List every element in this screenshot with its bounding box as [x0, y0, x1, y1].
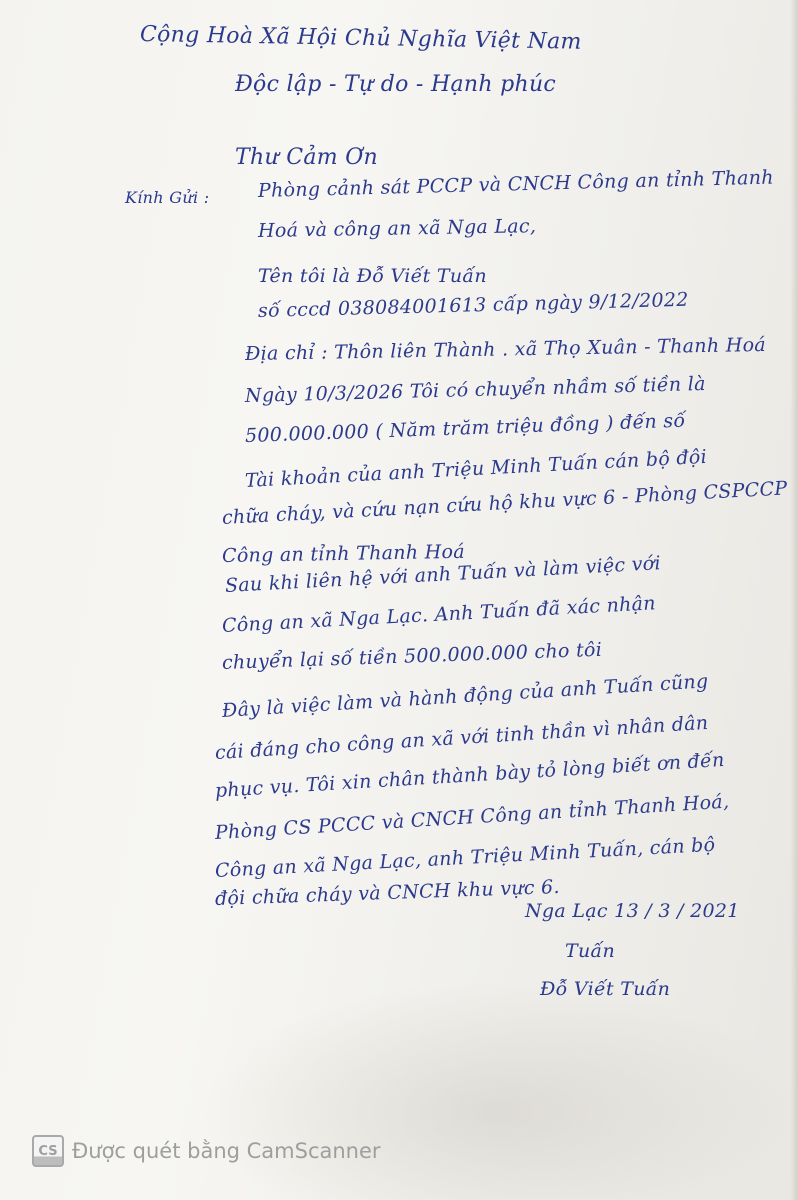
letter-line: Hoá và công an xã Nga Lạc, [258, 215, 537, 242]
signature: Tuấn [565, 940, 615, 962]
letter-line: chuyển lại số tiền 500.000.000 cho tôi [222, 639, 603, 674]
letter-title: Thư Cảm Ơn [235, 145, 378, 170]
paper-edge [790, 0, 798, 1200]
letter-line: Công an tỉnh Thanh Hoá [222, 541, 465, 567]
signer-name: Đỗ Viết Tuấn [540, 978, 670, 1000]
header-line-1: Cộng Hoà Xã Hội Chủ Nghĩa Việt Nam [140, 22, 582, 55]
paper-shadow [200, 980, 798, 1200]
place-date: Nga Lạc 13 / 3 / 2021 [525, 900, 740, 922]
letter-line: Công an xã Nga Lạc, anh Triệu Minh Tuấn,… [214, 834, 715, 882]
letter-line: Tên tôi là Đỗ Viết Tuấn [258, 265, 487, 287]
letter-line: số cccd 038084001613 cấp ngày 9/12/2022 [258, 289, 689, 322]
letter-line: đội chữa cháy và CNCH khu vực 6. [215, 876, 561, 910]
salutation-label: Kính Gửi : [125, 188, 209, 207]
letter-line: Phòng cảnh sát PCCP và CNCH Công an tỉnh… [258, 166, 774, 201]
letter-line: 500.000.000 ( Năm trăm triệu đồng ) đến … [245, 410, 686, 447]
letter-line: Ngày 10/3/2026 Tôi có chuyển nhầm số tiề… [245, 373, 706, 407]
letter-line: Địa chỉ : Thôn liên Thành . xã Thọ Xuân … [245, 334, 766, 365]
header-line-2: Độc lập - Tự do - Hạnh phúc [235, 72, 556, 97]
camscanner-watermark: CS Được quét bằng CamScanner [32, 1135, 381, 1167]
camscanner-logo-icon: CS [32, 1135, 64, 1167]
letter-line: Đây là việc làm và hành động của anh Tuấ… [221, 670, 709, 722]
letter-line: Phòng CS PCCC và CNCH Công an tỉnh Thanh… [214, 791, 730, 844]
watermark-text: Được quét bằng CamScanner [72, 1139, 381, 1163]
letter-line: Công an xã Nga Lạc. Anh Tuấn đã xác nhận [221, 592, 656, 637]
